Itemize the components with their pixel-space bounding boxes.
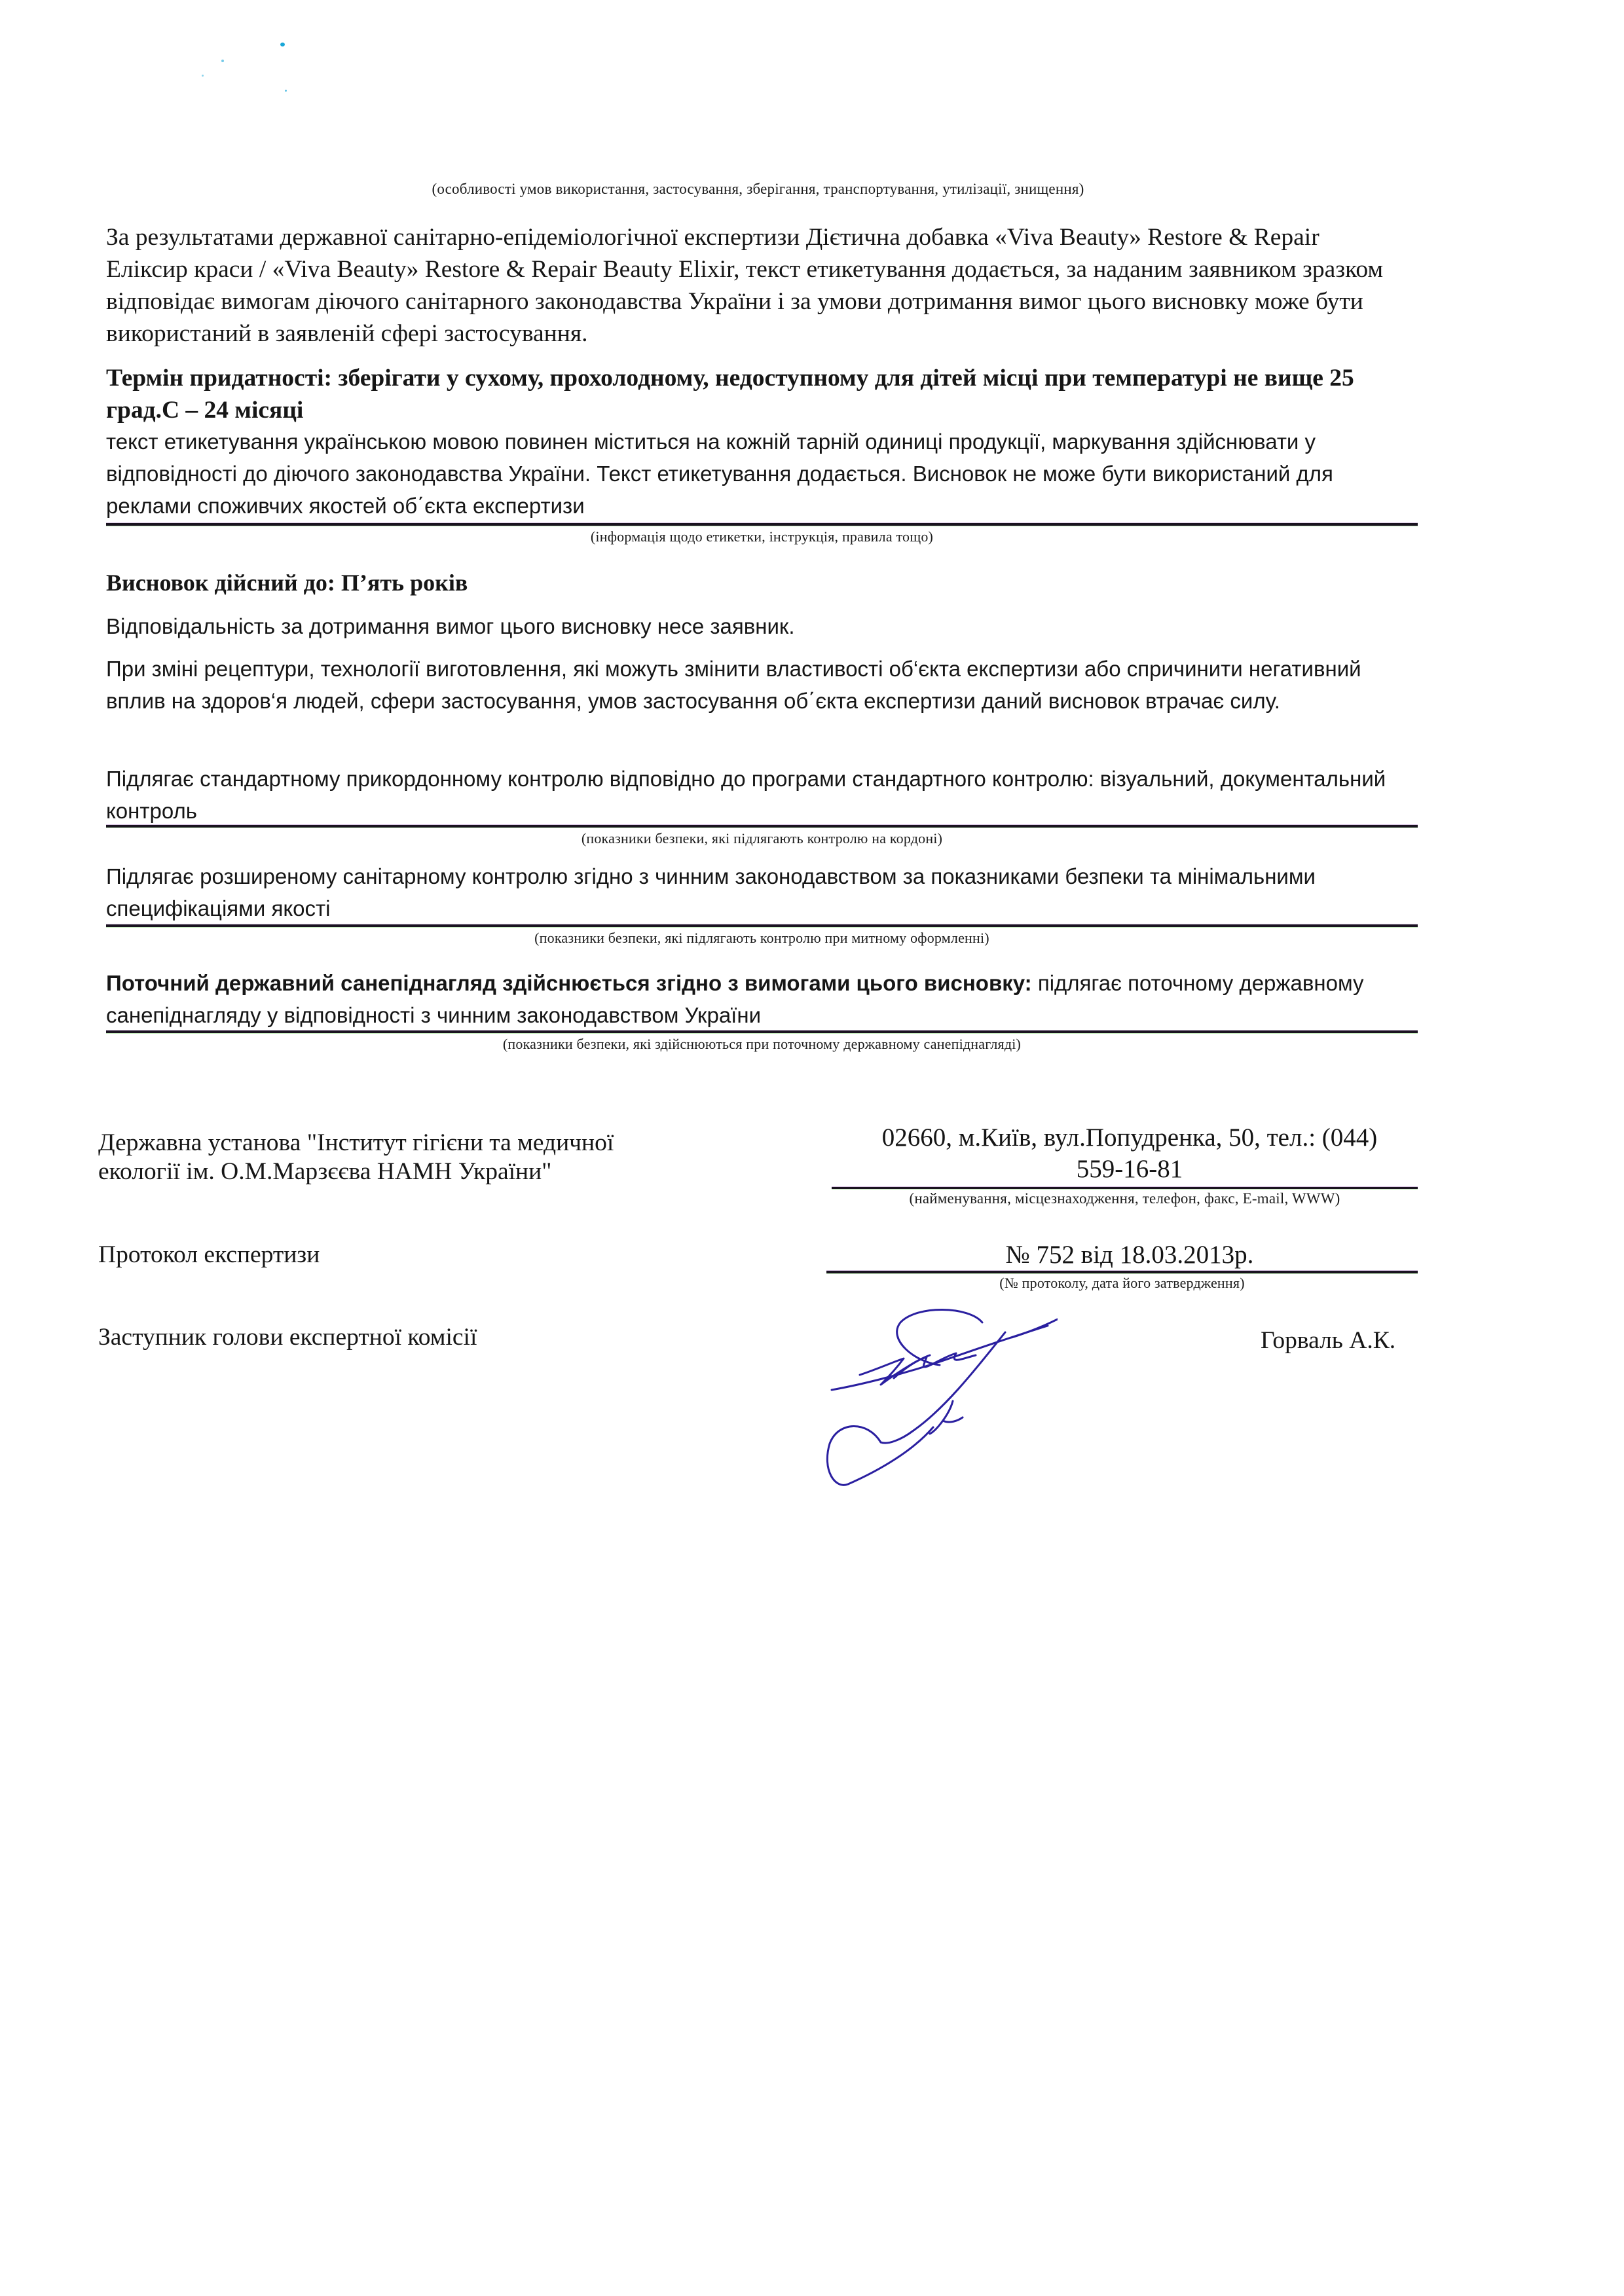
shelf-life: Термін придатності: зберігати у сухому, … bbox=[106, 362, 1422, 426]
divider-address bbox=[832, 1187, 1418, 1189]
signatory-title: Заступник голови експертної комісії bbox=[98, 1322, 477, 1353]
customs-control: Підлягає розширеному санітарному контрол… bbox=[106, 860, 1422, 924]
border-control: Підлягає стандартному прикордонному конт… bbox=[106, 763, 1422, 827]
divider-border bbox=[106, 825, 1418, 828]
supervision-heading: Поточний державний санепіднагляд здійсню… bbox=[106, 971, 1032, 995]
signatory-name: Горваль А.К. bbox=[1261, 1326, 1395, 1356]
caption-supervision: (показники безпеки, які здійснюються при… bbox=[106, 1036, 1418, 1053]
conclusion-paragraph: За результатами державної санітарно-епід… bbox=[106, 221, 1403, 350]
signature-icon bbox=[822, 1293, 1058, 1489]
scan-artifact bbox=[221, 60, 224, 62]
divider-customs bbox=[106, 924, 1418, 927]
scan-artifact bbox=[280, 43, 285, 46]
divider-label-info bbox=[106, 523, 1418, 526]
caption-protocol: (№ протоколу, дата його затвердження) bbox=[826, 1275, 1418, 1292]
labeling-text: текст етикетування українською мовою пов… bbox=[106, 426, 1422, 522]
scan-artifact bbox=[202, 75, 204, 77]
institution-name: Державна установа "Інститут гігієни та м… bbox=[98, 1129, 688, 1186]
caption-address: (найменування, місцезнаходження, телефон… bbox=[832, 1190, 1418, 1207]
caption-border: (показники безпеки, які підлягають контр… bbox=[106, 830, 1418, 847]
address-line-2: 559-16-81 bbox=[838, 1154, 1421, 1185]
divider-supervision bbox=[106, 1030, 1418, 1033]
caption-customs: (показники безпеки, які підлягають контр… bbox=[106, 930, 1418, 947]
change-clause: При зміні рецептури, технології виготовл… bbox=[106, 653, 1422, 717]
divider-protocol bbox=[826, 1271, 1418, 1273]
responsibility-note: Відповідальність за дотримання вимог цьо… bbox=[106, 610, 1422, 642]
institution-address: 02660, м.Київ, вул.Попудренка, 50, тел.:… bbox=[838, 1122, 1421, 1185]
protocol-label: Протокол експертизи bbox=[98, 1240, 320, 1270]
validity-period: Висновок дійсний до: П’ять років bbox=[106, 567, 1422, 599]
scan-artifact bbox=[285, 90, 287, 92]
supervision: Поточний державний санепіднагляд здійсню… bbox=[106, 967, 1422, 1031]
protocol-value: № 752 від 18.03.2013р. bbox=[838, 1239, 1421, 1271]
address-line-1: 02660, м.Київ, вул.Попудренка, 50, тел.:… bbox=[838, 1122, 1421, 1154]
caption-usage: (особливості умов використання, застосув… bbox=[337, 181, 1179, 198]
caption-label-info: (інформація щодо етикетки, інструкція, п… bbox=[106, 528, 1418, 545]
